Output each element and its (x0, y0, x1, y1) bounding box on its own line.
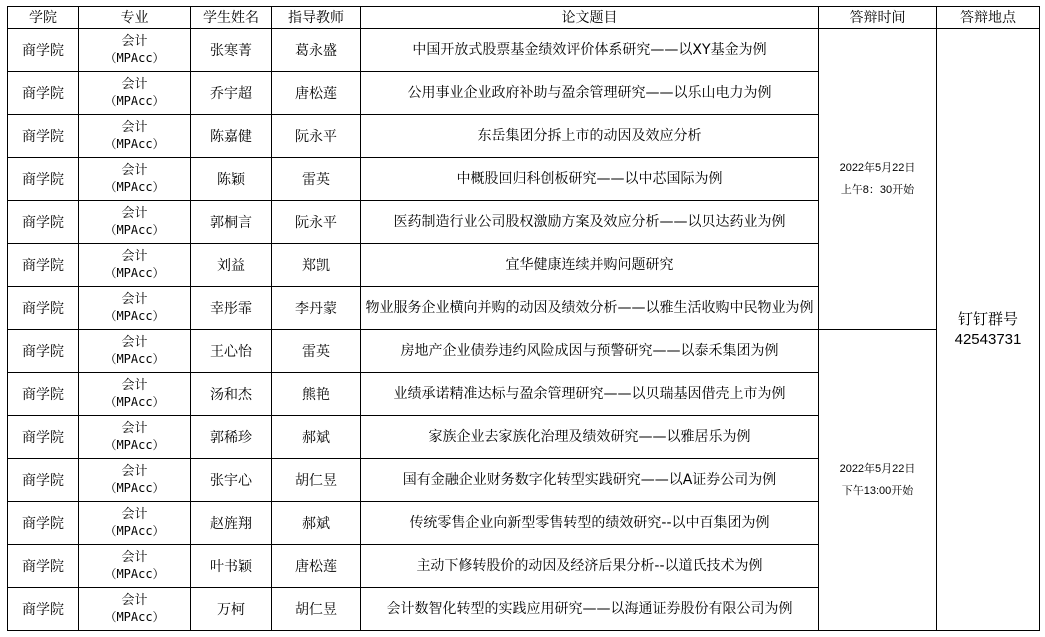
header-school: 学院 (8, 7, 79, 29)
major-code: （MPAcc） (81, 480, 188, 497)
major-name: 会计 (81, 162, 188, 179)
header-major: 专业 (79, 7, 191, 29)
major-cell: 会计（MPAcc） (79, 459, 191, 502)
session-time-cell: 2022年5月22日上午8：30开始 (819, 29, 937, 330)
session-time-cell: 2022年5月22日下午13:00开始 (819, 330, 937, 631)
student-cell: 赵旌翔 (191, 502, 272, 545)
advisor-cell: 熊艳 (272, 373, 361, 416)
advisor-cell: 雷英 (272, 158, 361, 201)
header-student: 学生姓名 (191, 7, 272, 29)
student-cell: 幸彤霏 (191, 287, 272, 330)
major-code: （MPAcc） (81, 265, 188, 282)
student-cell: 乔宇超 (191, 72, 272, 115)
thesis-title-cell: 房地产企业债券违约风险成因与预警研究——以泰禾集团为例 (361, 330, 819, 373)
school-cell: 商学院 (8, 373, 79, 416)
major-code: （MPAcc） (81, 437, 188, 454)
advisor-cell: 胡仁昱 (272, 459, 361, 502)
student-cell: 万柯 (191, 588, 272, 631)
major-cell: 会计（MPAcc） (79, 115, 191, 158)
major-code: （MPAcc） (81, 308, 188, 325)
thesis-title-cell: 中概股回归科创板研究——以中芯国际为例 (361, 158, 819, 201)
thesis-title-cell: 家族企业去家族化治理及绩效研究——以雅居乐为例 (361, 416, 819, 459)
defense-schedule-table: 学院 专业 学生姓名 指导教师 论文题目 答辩时间 答辩地点 商学院会计（MPA… (7, 6, 1040, 631)
advisor-cell: 李丹蒙 (272, 287, 361, 330)
school-cell: 商学院 (8, 459, 79, 502)
thesis-title-cell: 医药制造行业公司股权激励方案及效应分析——以贝达药业为例 (361, 201, 819, 244)
major-name: 会计 (81, 377, 188, 394)
student-cell: 张寒菁 (191, 29, 272, 72)
table-row: 商学院会计（MPAcc）王心怡雷英房地产企业债券违约风险成因与预警研究——以泰禾… (8, 330, 1040, 373)
school-cell: 商学院 (8, 545, 79, 588)
thesis-title-cell: 物业服务企业横向并购的动因及绩效分析——以雅生活收购中民物业为例 (361, 287, 819, 330)
thesis-title-cell: 中国开放式股票基金绩效评价体系研究——以XY基金为例 (361, 29, 819, 72)
major-cell: 会计（MPAcc） (79, 29, 191, 72)
thesis-title-cell: 公用事业企业政府补助与盈余管理研究——以乐山电力为例 (361, 72, 819, 115)
school-cell: 商学院 (8, 244, 79, 287)
major-cell: 会计（MPAcc） (79, 201, 191, 244)
major-name: 会计 (81, 76, 188, 93)
student-cell: 郭稀珍 (191, 416, 272, 459)
major-code: （MPAcc） (81, 523, 188, 540)
school-cell: 商学院 (8, 416, 79, 459)
major-name: 会计 (81, 420, 188, 437)
advisor-cell: 阮永平 (272, 201, 361, 244)
major-cell: 会计（MPAcc） (79, 287, 191, 330)
thesis-title-cell: 国有金融企业财务数字化转型实践研究——以A证券公司为例 (361, 459, 819, 502)
session-start: 下午13:00开始 (821, 480, 934, 502)
major-cell: 会计（MPAcc） (79, 545, 191, 588)
major-name: 会计 (81, 506, 188, 523)
defense-place-cell: 钉钉群号42543731 (937, 29, 1040, 631)
session-date: 2022年5月22日 (821, 458, 934, 480)
header-place: 答辩地点 (937, 7, 1040, 29)
major-name: 会计 (81, 592, 188, 609)
major-code: （MPAcc） (81, 394, 188, 411)
session-start: 上午8：30开始 (821, 179, 934, 201)
header-title: 论文题目 (361, 7, 819, 29)
advisor-cell: 胡仁昱 (272, 588, 361, 631)
table-row: 商学院会计（MPAcc）张寒菁葛永盛中国开放式股票基金绩效评价体系研究——以XY… (8, 29, 1040, 72)
thesis-title-cell: 宜华健康连续并购问题研究 (361, 244, 819, 287)
major-code: （MPAcc） (81, 50, 188, 67)
student-cell: 叶书颖 (191, 545, 272, 588)
major-cell: 会计（MPAcc） (79, 158, 191, 201)
thesis-title-cell: 会计数智化转型的实践应用研究——以海通证券股份有限公司为例 (361, 588, 819, 631)
advisor-cell: 郝斌 (272, 416, 361, 459)
school-cell: 商学院 (8, 201, 79, 244)
session-date: 2022年5月22日 (821, 157, 934, 179)
major-name: 会计 (81, 549, 188, 566)
major-code: （MPAcc） (81, 609, 188, 626)
major-name: 会计 (81, 463, 188, 480)
header-time: 答辩时间 (819, 7, 937, 29)
thesis-title-cell: 业绩承诺精准达标与盈余管理研究——以贝瑞基因借壳上市为例 (361, 373, 819, 416)
advisor-cell: 雷英 (272, 330, 361, 373)
major-code: （MPAcc） (81, 179, 188, 196)
major-code: （MPAcc） (81, 222, 188, 239)
student-cell: 陈嘉健 (191, 115, 272, 158)
major-cell: 会计（MPAcc） (79, 416, 191, 459)
major-code: （MPAcc） (81, 136, 188, 153)
header-row: 学院 专业 学生姓名 指导教师 论文题目 答辩时间 答辩地点 (8, 7, 1040, 29)
major-name: 会计 (81, 248, 188, 265)
major-name: 会计 (81, 119, 188, 136)
student-cell: 陈颖 (191, 158, 272, 201)
major-cell: 会计（MPAcc） (79, 72, 191, 115)
school-cell: 商学院 (8, 29, 79, 72)
school-cell: 商学院 (8, 588, 79, 631)
advisor-cell: 阮永平 (272, 115, 361, 158)
thesis-title-cell: 主动下修转股价的动因及经济后果分析--以道氏技术为例 (361, 545, 819, 588)
place-group-number: 42543731 (939, 330, 1037, 350)
student-cell: 汤和杰 (191, 373, 272, 416)
major-cell: 会计（MPAcc） (79, 244, 191, 287)
major-code: （MPAcc） (81, 566, 188, 583)
school-cell: 商学院 (8, 158, 79, 201)
major-name: 会计 (81, 33, 188, 50)
major-code: （MPAcc） (81, 351, 188, 368)
major-cell: 会计（MPAcc） (79, 502, 191, 545)
school-cell: 商学院 (8, 502, 79, 545)
major-cell: 会计（MPAcc） (79, 330, 191, 373)
advisor-cell: 葛永盛 (272, 29, 361, 72)
thesis-title-cell: 东岳集团分拆上市的动因及效应分析 (361, 115, 819, 158)
school-cell: 商学院 (8, 115, 79, 158)
school-cell: 商学院 (8, 72, 79, 115)
major-code: （MPAcc） (81, 93, 188, 110)
major-name: 会计 (81, 205, 188, 222)
header-advisor: 指导教师 (272, 7, 361, 29)
thesis-title-cell: 传统零售企业向新型零售转型的绩效研究--以中百集团为例 (361, 502, 819, 545)
major-cell: 会计（MPAcc） (79, 373, 191, 416)
major-name: 会计 (81, 334, 188, 351)
student-cell: 刘益 (191, 244, 272, 287)
advisor-cell: 唐松莲 (272, 545, 361, 588)
student-cell: 张宇心 (191, 459, 272, 502)
place-line1: 钉钉群号 (939, 310, 1037, 330)
major-name: 会计 (81, 291, 188, 308)
advisor-cell: 唐松莲 (272, 72, 361, 115)
student-cell: 郭桐言 (191, 201, 272, 244)
advisor-cell: 郑凯 (272, 244, 361, 287)
school-cell: 商学院 (8, 287, 79, 330)
advisor-cell: 郝斌 (272, 502, 361, 545)
major-cell: 会计（MPAcc） (79, 588, 191, 631)
school-cell: 商学院 (8, 330, 79, 373)
student-cell: 王心怡 (191, 330, 272, 373)
